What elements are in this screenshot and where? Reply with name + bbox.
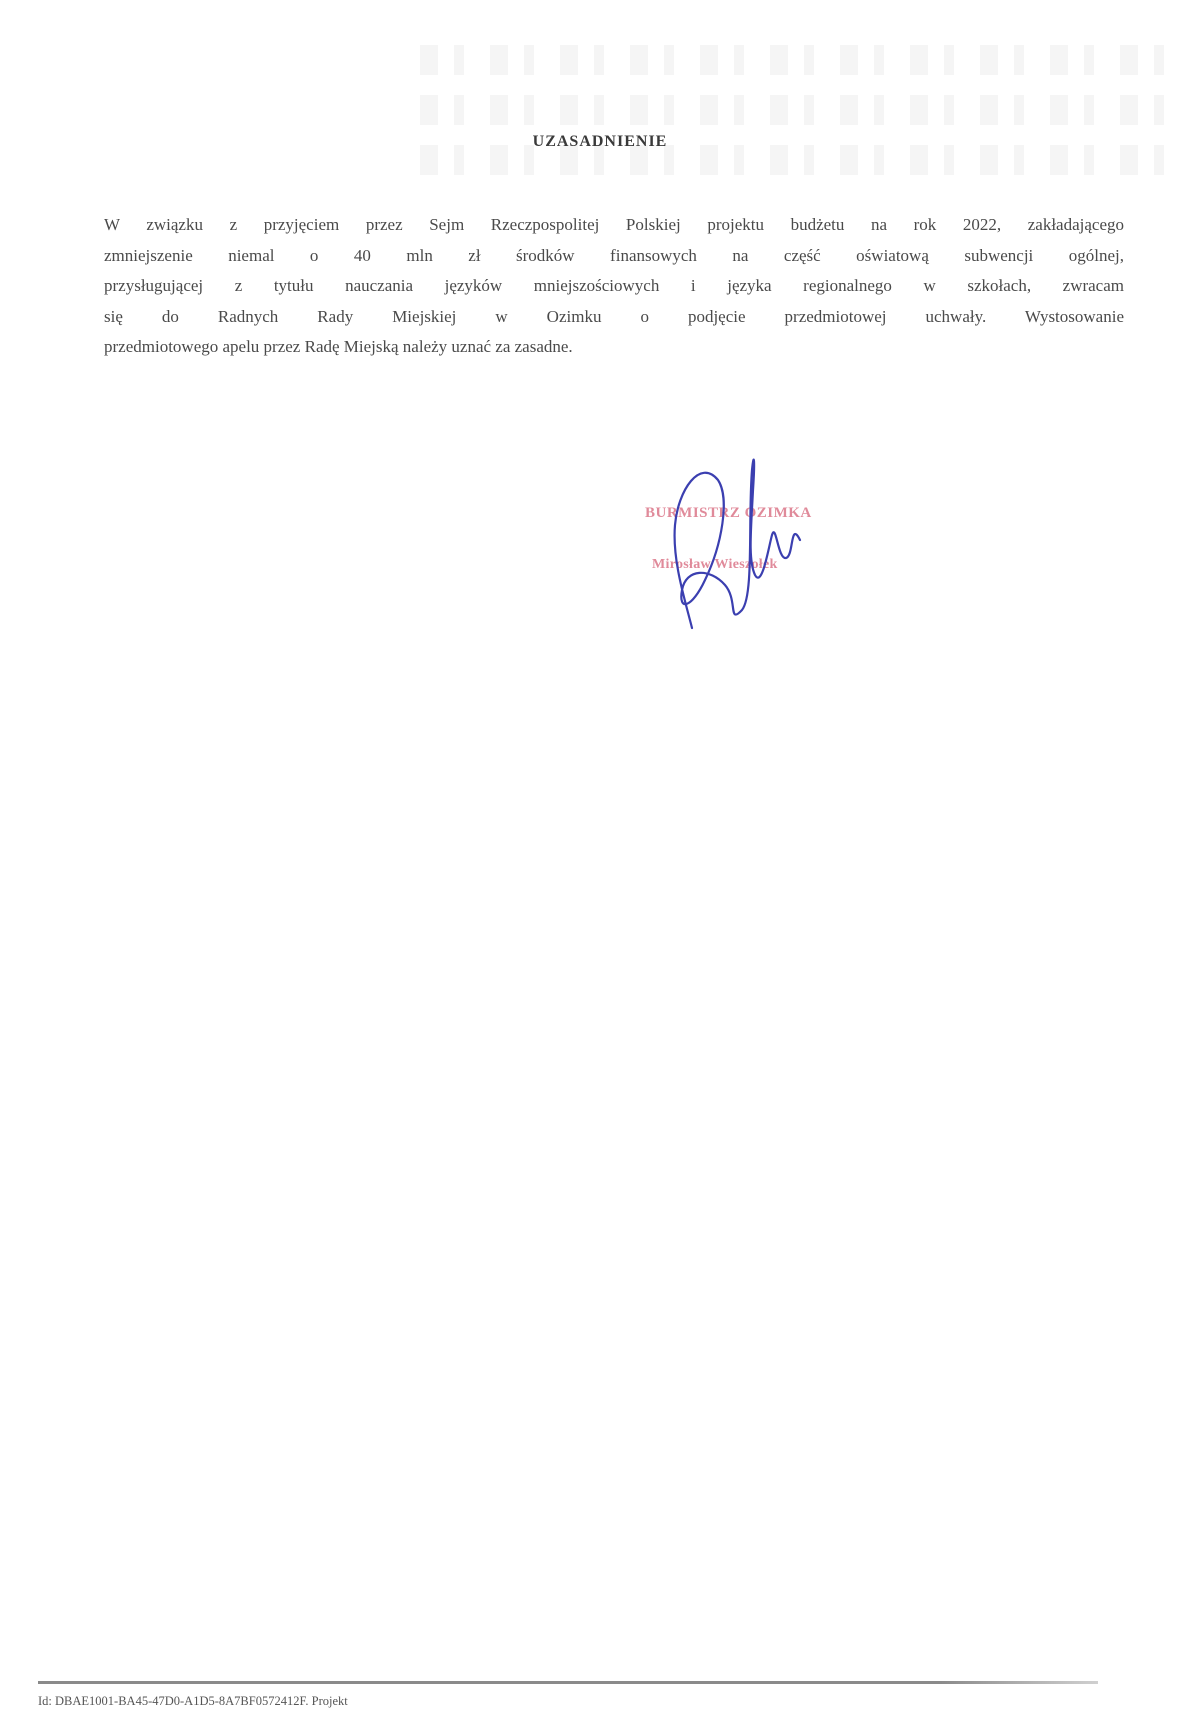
justification-paragraph: W związku z przyjęciem przez Sejm Rzeczp… — [104, 210, 1124, 363]
paragraph-line: zmniejszenie niemal o 40 mln zł środków … — [104, 241, 1124, 272]
paragraph-line: W związku z przyjęciem przez Sejm Rzeczp… — [104, 210, 1124, 241]
scan-bleed-through — [420, 45, 1180, 185]
document-id-footer: Id: DBAE1001-BA45-47D0-A1D5-8A7BF0572412… — [38, 1694, 348, 1709]
paragraph-line: przedmiotowego apelu przez Radę Miejską … — [104, 332, 1124, 363]
paragraph-line: przysługującej z tytułu nauczania językó… — [104, 271, 1124, 302]
paragraph-line: się do Radnych Rady Miejskiej w Ozimku o… — [104, 302, 1124, 333]
signature-block: BURMISTRZ OZIMKA Mirosław Wieszołek — [630, 450, 890, 630]
document-page: UZASADNIENIE W związku z przyjęciem prze… — [0, 0, 1200, 1717]
handwritten-signature-icon — [630, 450, 890, 630]
document-title: UZASADNIENIE — [0, 133, 1200, 151]
footer-divider — [38, 1681, 1098, 1684]
